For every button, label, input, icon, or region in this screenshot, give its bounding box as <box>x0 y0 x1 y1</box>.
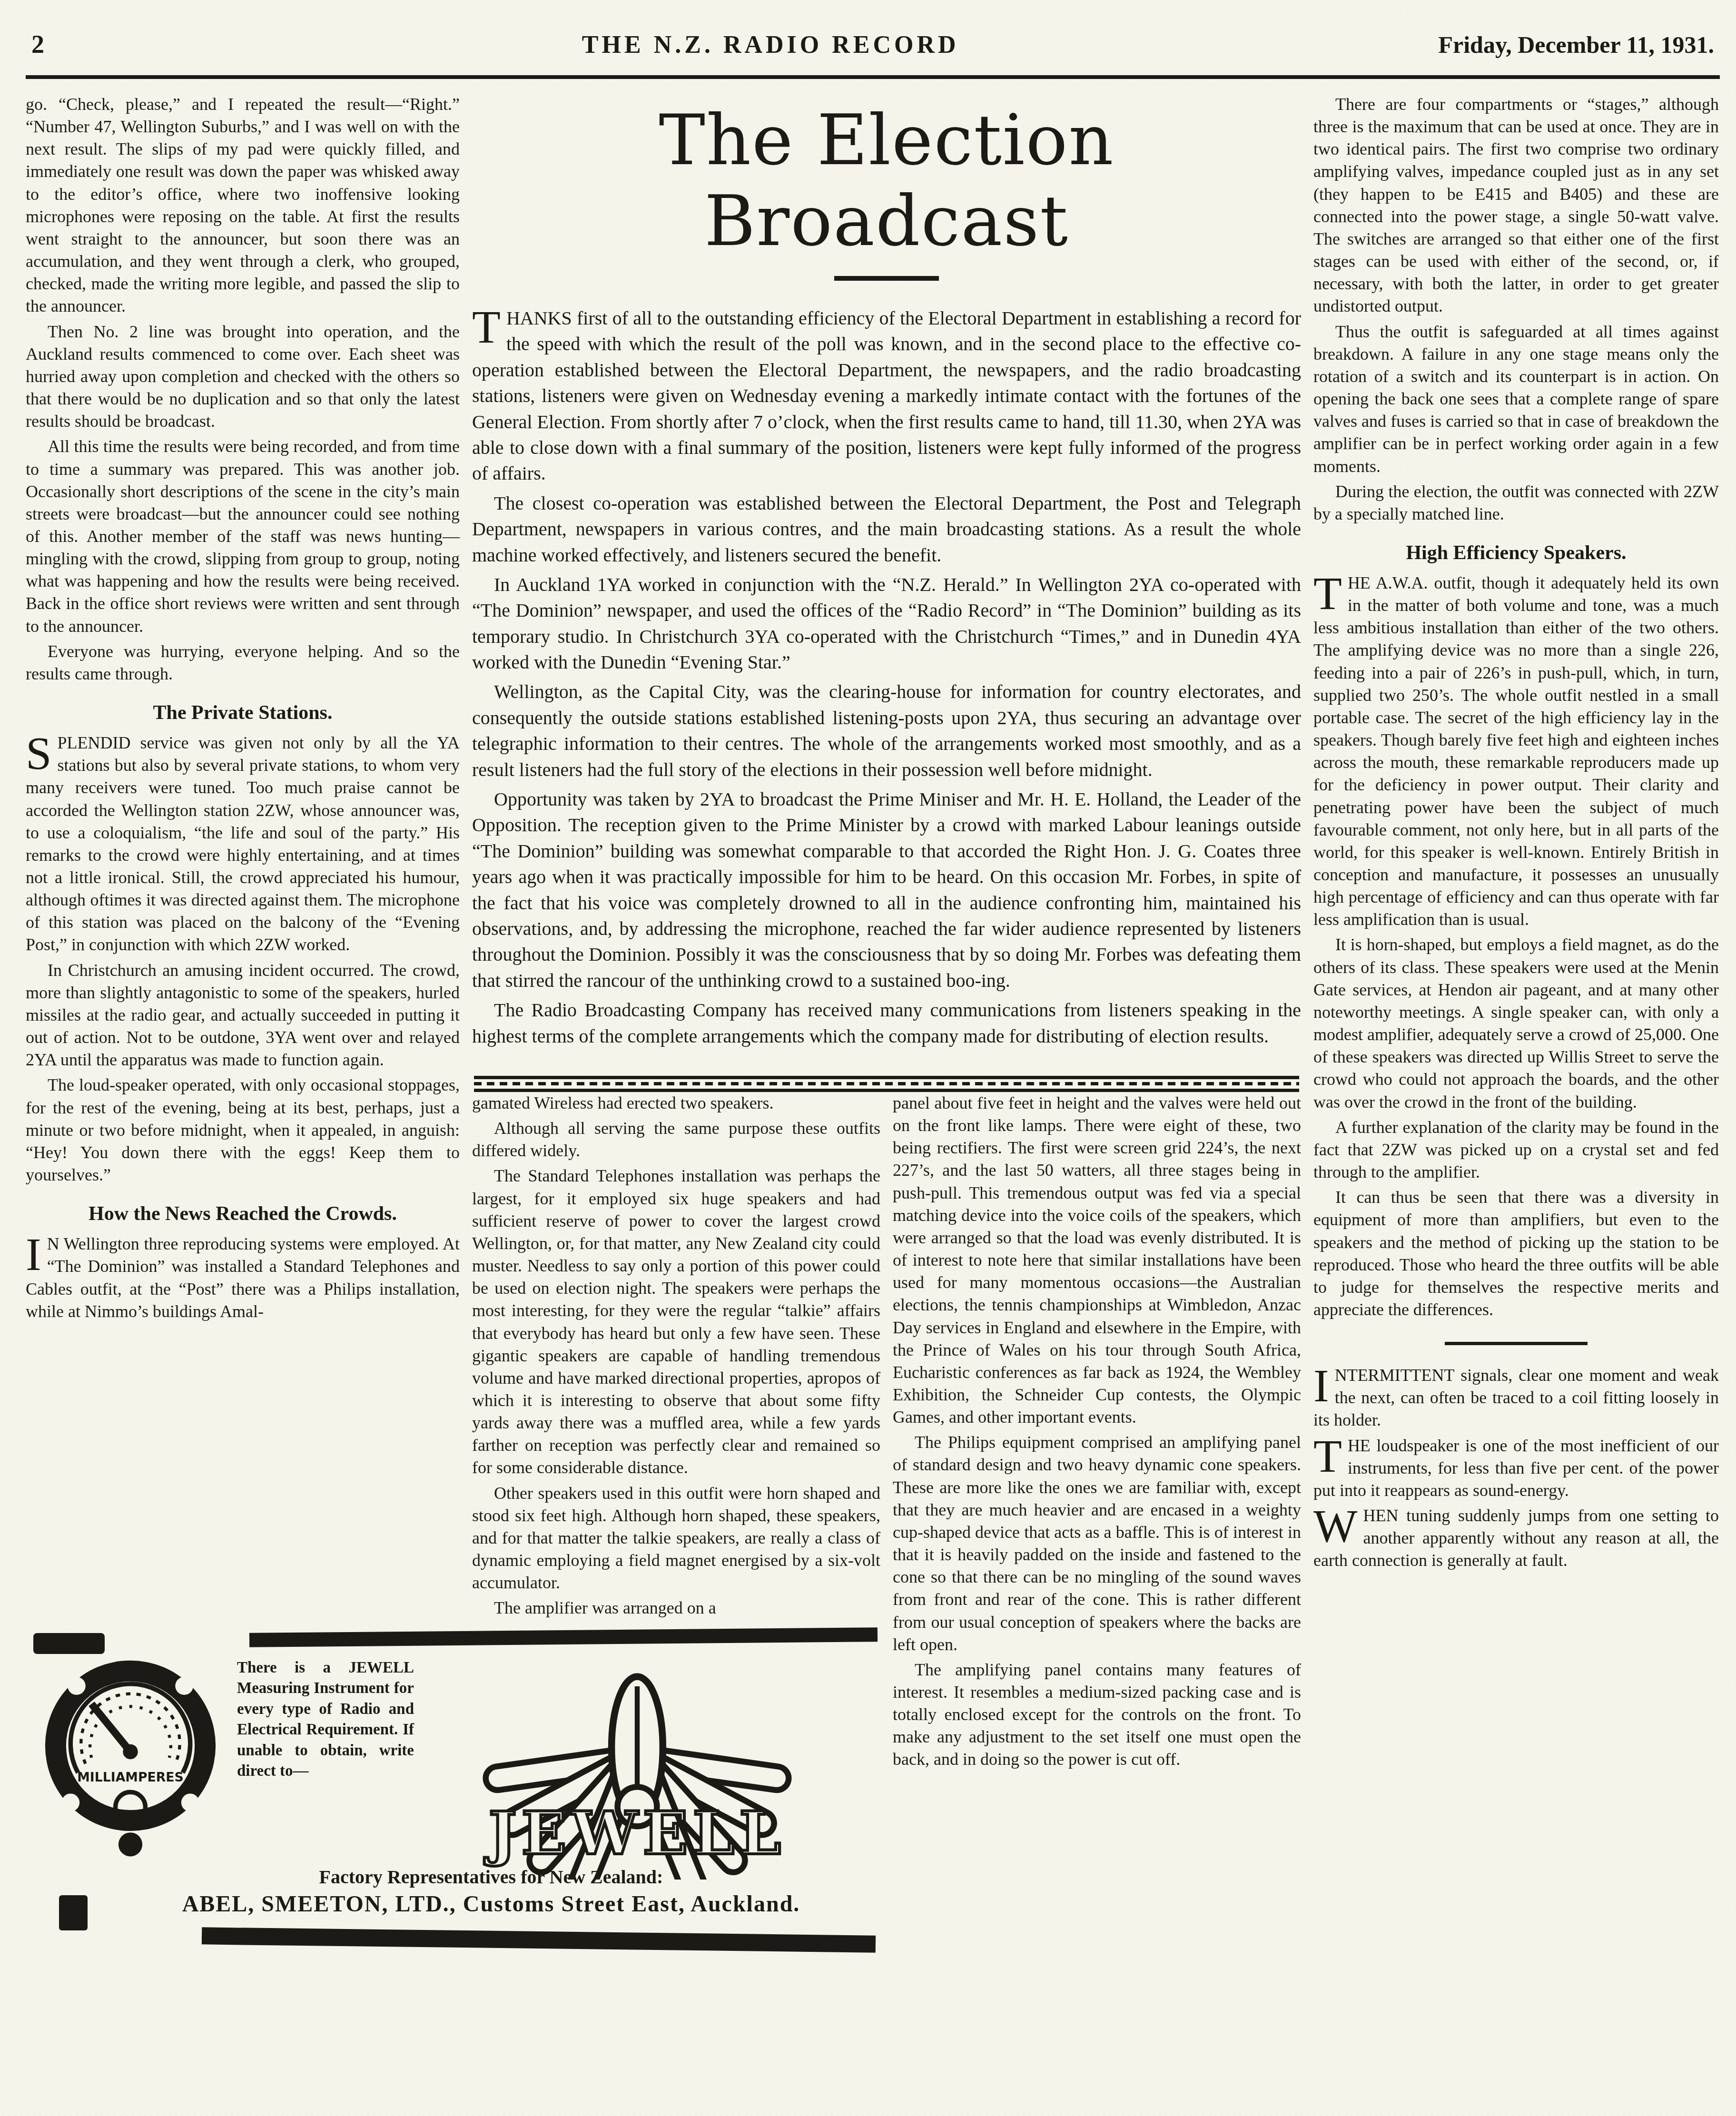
page-number: 2 <box>31 30 103 59</box>
paragraph: In Christchurch an amusing incident occu… <box>26 959 460 1072</box>
drop-cap: T <box>1313 572 1348 612</box>
paragraph: THE loudspeaker is one of the most ineff… <box>1313 1435 1719 1502</box>
page-columns: go. “Check, please,” and I repeated the … <box>26 79 1720 1949</box>
paragraph: The amplifying panel contains many featu… <box>893 1659 1301 1771</box>
main-article: The Election Broadcast THANKS first of a… <box>472 93 1301 1092</box>
issue-date: Friday, December 11, 1931. <box>1438 31 1714 59</box>
paragraph: All this time the results were being rec… <box>26 435 460 637</box>
paragraph: It can thus be seen that there was a div… <box>1313 1186 1719 1321</box>
paragraph: There are four compartments or “stages,”… <box>1313 93 1719 318</box>
drop-cap: T <box>1313 1435 1348 1475</box>
news-crowds-paragraphs: IN Wellington three reproducing systems … <box>26 1233 460 1323</box>
paragraph: In Auckland 1YA worked in conjunction wi… <box>472 572 1301 676</box>
continuation-left-paragraphs: gamated Wireless had erected two speaker… <box>472 1092 880 1620</box>
ink-blot <box>59 1895 88 1930</box>
page-header: 2 THE N.Z. RADIO RECORD Friday, December… <box>26 9 1720 79</box>
jewell-wings-logo: JEWELL <box>430 1653 880 1882</box>
right-top-paragraphs: There are four compartments or “stages,”… <box>1313 93 1719 525</box>
continuation-right-paragraphs: panel about five feet in height and the … <box>893 1092 1301 1771</box>
notes-paragraphs: INTERMITTENT signals, clear one moment a… <box>1313 1364 1719 1572</box>
ad-bottom-rule <box>202 1927 876 1952</box>
paragraph: IN Wellington three reproducing systems … <box>26 1233 460 1323</box>
continuation-column-right: panel about five feet in height and the … <box>893 1092 1301 1949</box>
paragraph: A further explanation of the clarity may… <box>1313 1116 1719 1183</box>
paragraph: Everyone was hurrying, everyone helping.… <box>26 640 460 685</box>
milliammeter-icon: MILLIAMPERES <box>40 1653 221 1865</box>
paragraph: The Philips equipment comprised an ampli… <box>893 1431 1301 1656</box>
drop-cap: T <box>472 305 506 345</box>
ad-lead-text: There is a JEWELL Measuring Instrument f… <box>237 1653 414 1782</box>
paragraph: The Standard Telephones installation was… <box>472 1165 880 1479</box>
paragraph: Then No. 2 line was brought into operati… <box>26 321 460 433</box>
masthead-title: THE N.Z. RADIO RECORD <box>103 31 1438 59</box>
drop-cap: S <box>26 732 58 772</box>
high-efficiency-paragraphs: THE A.W.A. outfit, though it adequately … <box>1313 572 1719 1321</box>
left-intro-paragraphs: go. “Check, please,” and I repeated the … <box>26 93 460 685</box>
main-article-paragraphs: THANKS first of all to the outstanding e… <box>472 305 1301 1049</box>
paragraph: The Radio Broadcasting Company has recei… <box>472 997 1301 1049</box>
paragraph: Wellington, as the Capital City, was the… <box>472 679 1301 783</box>
decorative-divider <box>474 1076 1299 1092</box>
drop-cap: W <box>1313 1505 1363 1545</box>
headline-rule <box>834 276 939 281</box>
paragraph: The closest co-operation was established… <box>472 491 1301 568</box>
paragraph: THE A.W.A. outfit, though it adequately … <box>1313 572 1719 931</box>
paragraph: The amplifier was arranged on a <box>472 1597 880 1619</box>
drop-cap: I <box>1313 1364 1335 1404</box>
paragraph: During the election, the outfit was conn… <box>1313 481 1719 525</box>
jewell-brand-text: JEWELL <box>484 1799 786 1868</box>
jewell-advertisement: MILLIAMPERES There is a JEWELL Measuring… <box>26 1623 880 1949</box>
article-headline: The Election Broadcast <box>472 100 1301 262</box>
paragraph: THANKS first of all to the outstanding e… <box>472 305 1301 487</box>
paragraph: INTERMITTENT signals, clear one moment a… <box>1313 1364 1719 1431</box>
section-heading-news-crowds: How the News Reached the Crowds. <box>26 1202 460 1225</box>
paragraph: SPLENDID service was given not only by a… <box>26 732 460 956</box>
paragraph: Although all serving the same purpose th… <box>472 1117 880 1162</box>
newspaper-page: 2 THE N.Z. RADIO RECORD Friday, December… <box>0 0 1736 2116</box>
section-heading-high-efficiency: High Efficiency Speakers. <box>1313 541 1719 564</box>
paragraph: It is horn-shaped, but employs a field m… <box>1313 934 1719 1113</box>
private-stations-paragraphs: SPLENDID service was given not only by a… <box>26 732 460 1186</box>
ad-body: MILLIAMPERES There is a JEWELL Measuring… <box>26 1653 880 1882</box>
ad-company-line: ABEL, SMEETON, LTD., Customs Street East… <box>102 1891 880 1917</box>
paragraph: panel about five feet in height and the … <box>893 1092 1301 1428</box>
drop-cap: I <box>26 1233 47 1273</box>
section-heading-private-stations: The Private Stations. <box>26 701 460 724</box>
paragraph: Other speakers used in this outfit were … <box>472 1482 880 1594</box>
paragraph: WHEN tuning suddenly jumps from one sett… <box>1313 1505 1719 1572</box>
left-column: go. “Check, please,” and I repeated the … <box>26 93 460 1623</box>
paragraph: go. “Check, please,” and I repeated the … <box>26 93 460 318</box>
ad-top-rule <box>249 1627 878 1647</box>
paragraph: Thus the outfit is safeguarded at all ti… <box>1313 321 1719 478</box>
meter-label: MILLIAMPERES <box>77 1770 184 1785</box>
right-column: There are four compartments or “stages,”… <box>1313 93 1719 1949</box>
ink-blot <box>33 1633 105 1654</box>
continuation-column-left: gamated Wireless had erected two speaker… <box>472 1092 880 1623</box>
paragraph: Opportunity was taken by 2YA to broadcas… <box>472 787 1301 994</box>
short-rule-divider <box>1445 1342 1588 1345</box>
paragraph: The loud-speaker operated, with only occ… <box>26 1074 460 1186</box>
paragraph: gamated Wireless had erected two speaker… <box>472 1092 880 1114</box>
